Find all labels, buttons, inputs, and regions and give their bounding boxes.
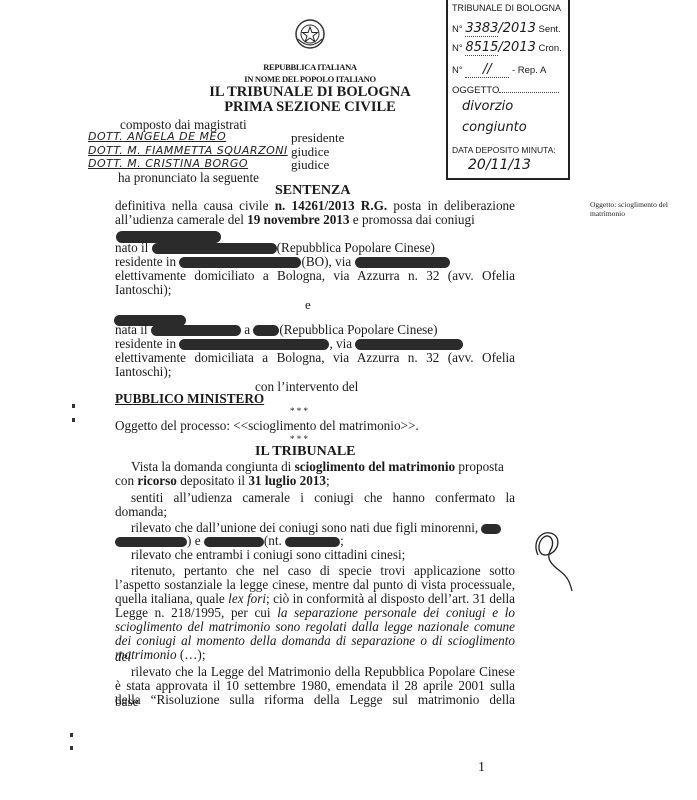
handwritten-scribble-icon [530,525,580,595]
para-domanda: domanda; [115,504,515,520]
stamp-title: TRIBUNALE DI BOLOGNA [452,3,561,13]
stamp-sentence-number: N° 3383/2013 Sent. [452,21,561,37]
header-republic: REPUBBLICA ITALIANA [210,62,410,72]
para-risoluzione: della “Risoluzione sulla riforma della L… [115,692,515,708]
judge-name-2: DOTT. M. FIAMMETTA SQUARZONI [88,144,288,157]
scan-speck [70,746,73,750]
scan-speck [70,733,73,737]
sentenza-line2: all’udienza camerale del 19 novembre 201… [115,212,515,228]
public-prosecutor: PUBBLICO MINISTERO [115,391,264,407]
stamp-subject-line1: divorzio [462,99,513,114]
para-ricorso: con ricorso depositato il 31 luglio 2013… [115,473,515,489]
header-people: IN NOME DEL POPOLO ITALIANO [210,74,410,84]
party1-domicile-end: Iantoschi); [115,282,515,298]
separator-1: * * * [290,406,308,416]
para-cittadini: rilevato che entrambi i coniugi sono cit… [131,547,531,563]
intervention-text: con l’intervento del [255,379,358,395]
judge-name-3: DOTT. M. CRISTINA BORGO [88,157,248,170]
para-quote-3: matrimonio (…); [115,647,515,663]
italian-republic-emblem-icon [293,17,327,51]
scan-speck [72,404,75,408]
header-section: PRIMA SEZIONE CIVILE [190,99,430,116]
registry-stamp: TRIBUNALE DI BOLOGNA N° 3383/2013 Sent. … [446,0,570,180]
conjunction: e [305,297,311,313]
process-object: Oggetto del processo: <<scioglimento del… [115,418,515,434]
page-number: 1 [478,760,485,776]
stamp-deposit-label: DATA DEPOSITO MINUTA: [452,145,556,155]
sentenza-title: SENTENZA [275,183,350,199]
judge-name-1: DOTT. ANGELA DE MEO [88,130,226,143]
margin-note: Oggetto: scioglimento del matrimonio [590,200,690,218]
stamp-rep-number: N° // - Rep. A [452,62,546,78]
tribunale-title: IL TRIBUNALE [255,444,356,460]
party2-domicile-end: Iantoschi); [115,364,515,380]
stamp-chrono-number: N° 8515/2013 Cron. [452,40,562,56]
separator-2: * * * [290,434,308,444]
stamp-subject-label: OGGETTO [452,85,559,96]
scan-speck [72,418,75,422]
